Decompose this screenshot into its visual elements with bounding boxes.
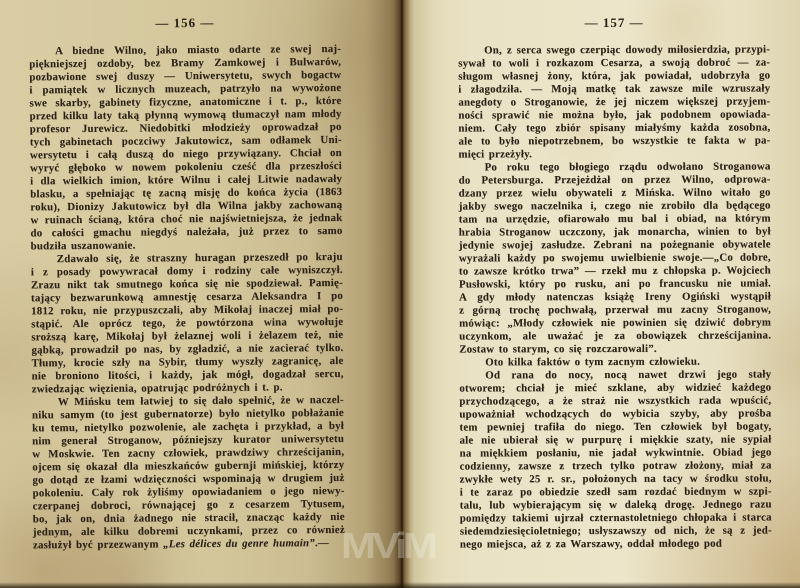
text-line: sywał to woli i rozkazom Cesarza, a swoj… <box>458 56 770 70</box>
paragraph: Po roku tego błogiego rządu odwołano Str… <box>459 160 772 356</box>
text-line: nego miejsca, aż z za Warszawy, oddał mł… <box>460 537 772 551</box>
text-line: mięci przeżyły. <box>458 147 770 161</box>
text-line: Zostaw to starym, co się rozczarowali”. <box>459 342 771 356</box>
text-line: to zawsze krótko trwa” — rzekł mu z chło… <box>459 264 771 278</box>
text-line: uczynkom, ale uważać je za obowiązek chr… <box>459 329 771 343</box>
paragraph: A biedne Wilno, jako miasto odarte ze sw… <box>29 43 343 253</box>
text-line: zwykłe wety 25 r. sr., położonych na tac… <box>460 472 772 486</box>
text-line: z górną trochę pochwałą, przerwał mu zac… <box>459 303 771 317</box>
page-right-content: — 157 — On, z serca swego czerpiąc dowod… <box>401 0 800 588</box>
text-line: nie broniono litości, i każdy, jak mógł,… <box>32 368 344 383</box>
text-line: hrabia Stroganow uczczony, jak monarcha,… <box>459 225 771 239</box>
text-line: upoważniał wchodzących do wybicia szyby,… <box>459 407 771 421</box>
text-line: ności sprawić nie można było, jak podobn… <box>458 108 770 122</box>
text-line: wyrażali każdy po swojemu uwielbienie sw… <box>459 251 771 265</box>
page-number-right: — 157 — <box>458 14 770 31</box>
text-line: tem pewniej trafiła do niego. Ten człowi… <box>459 420 771 434</box>
paragraph: Zdawało się, że straszny huragan przesze… <box>31 251 344 396</box>
text-line: jedynie swojej zasłudze. Zebrani na poże… <box>459 238 771 252</box>
text-line: ale nie ubierał się w purpurę i miękkie … <box>459 433 771 447</box>
text-line: niem. Cały tego zbiór spisany miałyśmy k… <box>458 121 770 135</box>
page-right-text: On, z serca swego czerpiąc dowody miłosi… <box>458 43 772 551</box>
paragraph: Oto kilka faktów o tym zacnym człowieku. <box>459 355 771 369</box>
text-line: pomiędzy takiemi ujrzał czternastoletnie… <box>460 511 772 525</box>
book-gutter-shadow <box>394 0 410 588</box>
text-line: ale to było niepotrzebnem, bo wszystkie … <box>458 134 770 148</box>
page-left-text: A biedne Wilno, jako miasto odarte ze sw… <box>29 43 345 552</box>
text-line: Pusłowski, który po rusku, ani po francu… <box>459 277 771 291</box>
text-line: talu, lub wybierającym się w daleką drog… <box>460 498 772 512</box>
text-line: otworem; chciał je mieć szklane, aby wid… <box>459 381 771 395</box>
page-left-content: — 156 — A biedne Wilno, jako miasto odar… <box>0 0 404 588</box>
text-line: jakby swego naczelnika i, czego nie zrob… <box>459 199 771 213</box>
page-right: — 157 — On, z serca swego czerpiąc dowod… <box>402 0 800 588</box>
text-line: A gdy młody natenczas książę Ireny Ogińs… <box>459 290 771 304</box>
text-line: do całości gmachu niegdyś należała, już … <box>30 225 342 240</box>
text-line: na miękkiem posłaniu, nie jadał wykwintn… <box>460 446 772 460</box>
text-line: do Petersburga. Przejeżdżał on przez Wil… <box>459 173 771 187</box>
text-line: dzany przez wielu obywateli z Mińska. Wi… <box>459 186 771 200</box>
page-bottom-edge <box>0 582 800 588</box>
text-line: i złagodziła. — Moją matkę tak zawsze mi… <box>458 82 770 96</box>
text-line: On, z serca swego czerpiąc dowody miłosi… <box>458 43 770 57</box>
text-line: zasłużył być przezwanym „Les délices du … <box>33 537 345 552</box>
page-number-left: — 156 — <box>29 14 341 32</box>
text-line: tam na urzędzie, ofiarowało mu bal i obi… <box>459 212 771 226</box>
text-line: siedemdziesięcioletniego; usłyszawszy od… <box>460 524 772 538</box>
text-line: sługom własnej żony, która, jak powiadał… <box>458 69 770 83</box>
paragraph: W Mińsku tem łatwiej to się dało spełnić… <box>32 394 345 552</box>
open-book-scan: — 156 — A biedne Wilno, jako miasto odar… <box>0 0 800 588</box>
paragraph: On, z serca swego czerpiąc dowody miłosi… <box>458 43 770 161</box>
text-line: i te zaraz po obiedzie szedł sam rozdać … <box>460 485 772 499</box>
text-line: Od rana do nocy, nocą nawet drzwi jego s… <box>459 368 771 382</box>
text-line: mówiąc: „Młody człowiek nie powinien się… <box>459 316 771 330</box>
text-line: anegdoty o Stroganowie, że jej niczem wi… <box>458 95 770 109</box>
page-left: — 156 — A biedne Wilno, jako miasto odar… <box>0 0 402 588</box>
text-line: Po roku tego błogiego rządu odwołano Str… <box>459 160 771 174</box>
text-line: przychodzącego, a że straż nie wszystkic… <box>459 394 771 408</box>
text-line: codzienny, zawsze z trzech tylko potraw … <box>460 459 772 473</box>
text-line: Oto kilka faktów o tym zacnym człowieku. <box>459 355 771 369</box>
paragraph: Od rana do nocy, nocą nawet drzwi jego s… <box>459 368 772 551</box>
